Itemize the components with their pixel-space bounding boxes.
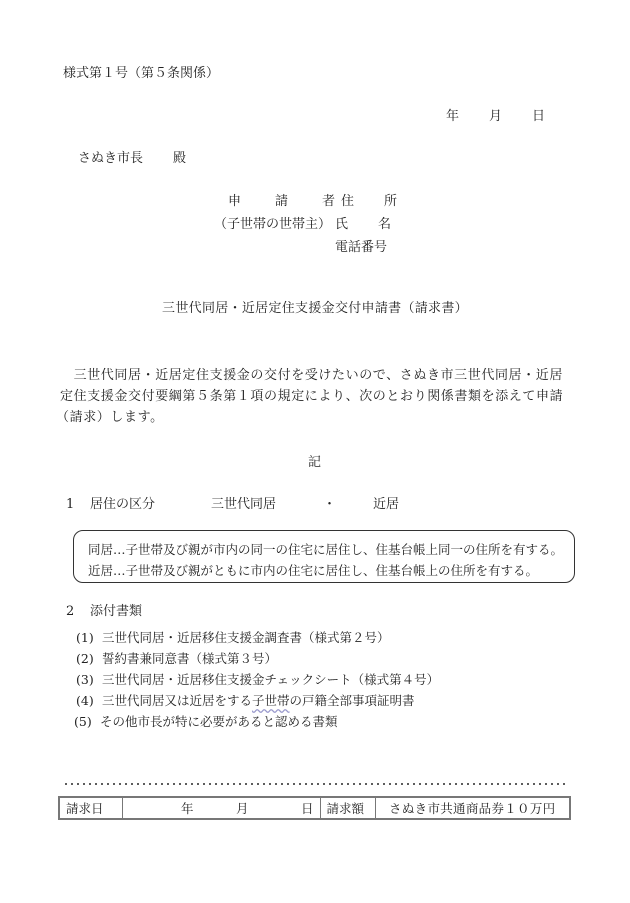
addressee-honorific: 殿	[173, 151, 186, 166]
ki-heading: 記	[308, 455, 321, 471]
dotted-separator	[63, 783, 566, 785]
name-field-label: 氏 名	[335, 217, 391, 240]
body-line: （請求）します。	[56, 407, 580, 428]
addressee-name: さぬき市長	[78, 151, 143, 166]
date-year: 年	[446, 109, 489, 125]
applicant-address-row: 申 請 者 住 所	[220, 194, 397, 217]
body-line: 三世代同居・近居定住支援金の交付を受けたいので、さぬき市三世代同居・近居	[60, 365, 580, 386]
applicant-role-label: 申 請 者	[220, 194, 341, 217]
body-paragraph: 三世代同居・近居定住支援金の交付を受けたいので、さぬき市三世代同居・近居 定住支…	[60, 365, 580, 428]
definitions-box: 同居…子世帯及び親が市内の同一の住宅に居住し、住基台帳上同一の住所を有する。 近…	[73, 530, 575, 583]
date-day: 日	[532, 109, 545, 125]
option-nearby: 近居	[373, 497, 399, 513]
section-label: 居住の区分	[90, 497, 211, 513]
applicant-sub-label: （子世帯の世帯主）	[214, 217, 335, 240]
attachment-item: (2)誓約書兼同意書（様式第３号）	[76, 648, 439, 669]
addressee: さぬき市長殿	[78, 151, 186, 167]
claim-row: 請求日 年月日 請求額 さぬき市共通商品券１０万円	[59, 797, 570, 819]
attachment-list: (1)三世代同居・近居移住支援金調査書（様式第２号） (2)誓約書兼同意書（様式…	[76, 627, 439, 732]
claim-date-field[interactable]: 年月日	[123, 797, 321, 819]
attachment-item: (4)三世代同居又は近居をする子世帯の戸籍全部事項証明書	[76, 690, 439, 711]
attachment-item: (1)三世代同居・近居移住支援金調査書（様式第２号）	[76, 627, 439, 648]
definition-nearby: 近居…子世帯及び親がともに市内の住宅に居住し、住基台帳上の住所を有する。	[88, 560, 574, 581]
form-number: 様式第１号（第５条関係）	[63, 66, 219, 82]
definition-cohabitation: 同居…子世帯及び親が市内の同一の住宅に居住し、住基台帳上同一の住所を有する。	[88, 539, 574, 560]
claim-table: 請求日 年月日 請求額 さぬき市共通商品券１０万円	[58, 796, 571, 820]
phone-field-label: 電話番号	[335, 240, 387, 263]
option-separator: ・	[323, 497, 373, 513]
body-line: 定住支援金交付要綱第５条第１項の規定により、次のとおり関係書類を添えて申請	[60, 386, 580, 407]
attachment-item: (3)三世代同居・近居移住支援金チェックシート（様式第４号）	[76, 669, 439, 690]
document-title: 三世代同居・近居定住支援金交付申請書（請求書）	[0, 301, 630, 317]
applicant-phone-row: 電話番号	[220, 240, 397, 263]
applicant-name-row: （子世帯の世帯主） 氏 名	[220, 217, 397, 240]
date-month: 月	[489, 109, 532, 125]
address-field-label: 住 所	[341, 194, 397, 217]
date-header: 年月日	[446, 109, 545, 125]
claim-amount-label: 請求額	[320, 797, 375, 819]
section-label: 添付書類	[90, 604, 142, 619]
attachment-item: (5)その他市長が特に必要があると認める書類	[74, 711, 439, 732]
section-residence-type: 1居住の区分三世代同居・近居	[66, 497, 399, 513]
applicant-block: 申 請 者 住 所 （子世帯の世帯主） 氏 名 電話番号	[220, 194, 397, 263]
claim-date-label: 請求日	[59, 797, 123, 819]
option-three-generation: 三世代同居	[211, 497, 323, 513]
section-attachments: 2添付書類	[66, 604, 142, 620]
section-number: 2	[66, 604, 90, 620]
section-number: 1	[66, 497, 90, 513]
claim-amount-value: さぬき市共通商品券１０万円	[375, 797, 570, 819]
spellcheck-marked-text: 子世帯	[252, 693, 290, 708]
